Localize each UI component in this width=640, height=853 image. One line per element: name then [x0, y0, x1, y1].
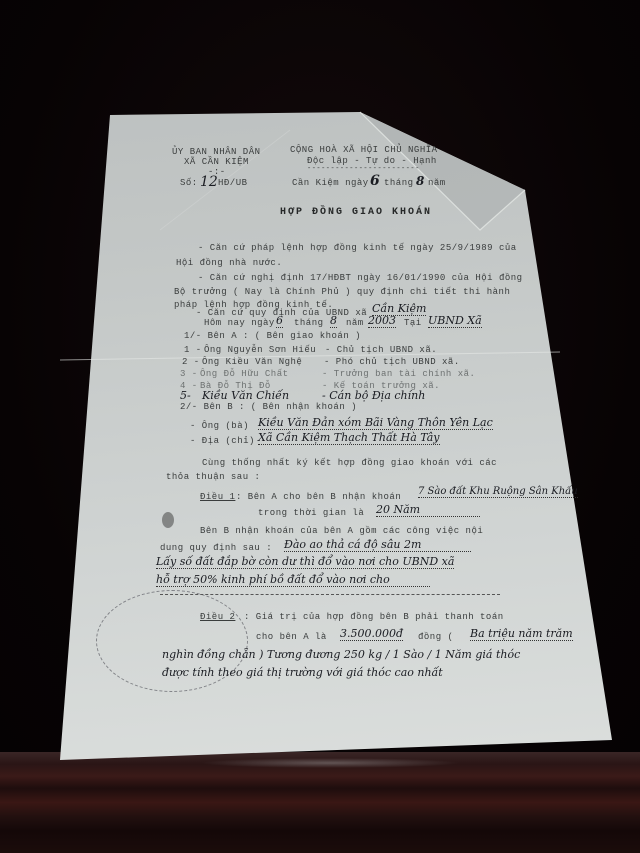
article-1-term: 20 Năm [376, 503, 480, 517]
motto-line-1: CỘNG HOÀ XÃ HỘI CHỦ NGHĨA [290, 145, 438, 155]
article-1-land: 7 Sào đất Khu Ruộng Sân Khấu [418, 486, 578, 498]
date-day: 6 [370, 173, 380, 189]
doc-number-suffix: HĐ/UB [218, 178, 248, 188]
basis-month: 8 [330, 314, 337, 328]
basis-place: UBND Xã [428, 314, 482, 328]
preamble-line: Hội đồng nhà nước. [176, 258, 282, 268]
date-month: 8 [416, 174, 424, 188]
preamble-line: - Căn cứ nghị định 17/HĐBT ngày 16/01/19… [198, 273, 523, 283]
party-b-name-prefix: - Ông (bà) [190, 421, 249, 431]
document-title: HỢP ĐỒNG GIAO KHOÁN [280, 207, 432, 218]
contract-document: ỦY BAN NHÂN DÂN XÃ CẦN KIỆM -:- Số: 12 H… [0, 0, 640, 853]
basis-line-2-prefix: Hôm nay ngày [204, 318, 275, 328]
tasks-line-2: Đào ao thả cá độ sâu 2m [284, 538, 471, 552]
article-2-amount-words: Ba triệu năm trăm [470, 627, 573, 641]
date-prefix: Cần Kiệm ngày [292, 178, 369, 188]
party-b-heading: 2/- Bên B : ( Bên nhận khoán ) [180, 402, 357, 412]
preamble-line: Bộ trưởng ( Nay là Chính Phủ ) quy định … [174, 287, 510, 297]
article-2-amount-prefix: cho bên A là [256, 632, 327, 642]
tasks-line-1: Bên B nhận khoán của bên A gồm các công … [200, 526, 483, 536]
issuer-line-1: ỦY BAN NHÂN DÂN [172, 147, 261, 157]
article-2-line-3: nghìn đồng chẵn ) Tương đương 250 kg / 1… [162, 648, 520, 661]
party-b-address: Xã Cần Kiệm Thạch Thất Hà Tây [258, 431, 440, 445]
party-a-heading: 1/- Bên A : ( Bên giao khoán ) [184, 331, 361, 341]
article-2-line-4: được tính theo giá thị trường với giá th… [162, 666, 443, 679]
article-2-label: Điều 2 [200, 612, 235, 622]
issuer-line-2: XÃ CẦN KIỆM [184, 157, 249, 167]
basis-month-label: tháng [294, 318, 324, 328]
article-2-text: : Giá trị của hợp đồng bên B phải thanh … [244, 612, 504, 622]
basis-year: 2003 [368, 314, 396, 328]
article-1-term-prefix: trong thời gian là [258, 508, 364, 518]
date-year-label: năm [428, 178, 446, 188]
agreement-line: thỏa thuận sau : [166, 472, 260, 482]
basis-day: 6 [276, 314, 283, 328]
article-1-label: Điều 1 [200, 492, 235, 502]
agreement-line: Cùng thống nhất ký kết hợp đồng giao kho… [202, 458, 497, 468]
basis-place-label: Tại [404, 318, 422, 328]
doc-number-prefix: Số: [180, 178, 198, 188]
article-2-currency: đồng ( [418, 632, 453, 642]
party-b-address-prefix: - Địa (chỉ) [190, 436, 255, 446]
party-b-name: Kiều Văn Đản xóm Bãi Vàng Thôn Yên Lạc [258, 416, 493, 430]
tasks-line-3: Lấy số đất đắp bờ còn dư thì đổ vào nơi … [156, 555, 454, 569]
date-month-label: tháng [384, 178, 414, 188]
basis-year-label: năm [346, 318, 364, 328]
preamble-line: - Căn cứ pháp lệnh hợp đồng kinh tế ngày… [198, 243, 517, 253]
blank-line [160, 594, 500, 595]
tasks-line-4: hỗ trợ 50% kinh phí bồ đất đổ vào nơi ch… [156, 573, 430, 587]
doc-number: 12 [200, 174, 218, 190]
tasks-line-2-prefix: dung quy định sau : [160, 543, 272, 553]
motto-divider: ------------------------ [307, 165, 420, 173]
article-2-amount: 3.500.000đ [340, 627, 403, 641]
article-1-text: : Bên A cho bên B nhận khoán [236, 492, 401, 502]
